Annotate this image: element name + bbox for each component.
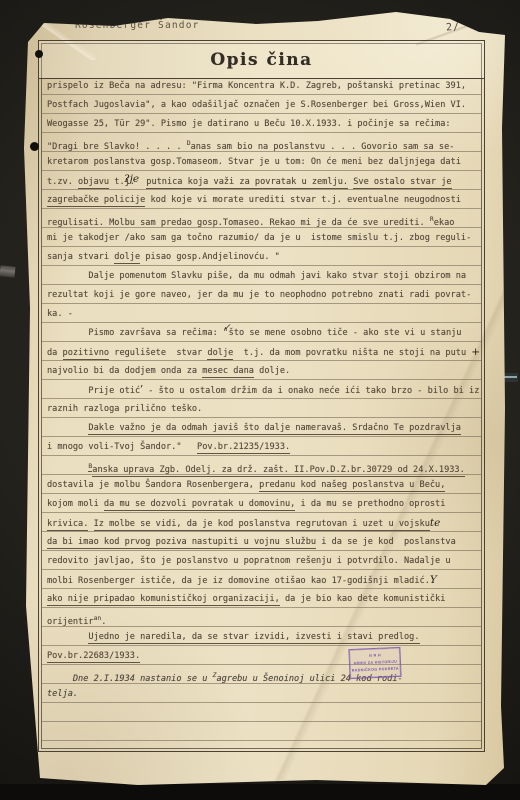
text-segment [88,519,93,529]
document-line: prispelo iz Beča na adresu: "Firma Konce… [47,77,483,96]
text-segment: telja. [47,689,78,699]
text-segment: da [47,348,63,358]
text-segment: sanja stvari [47,252,114,262]
handwritten-ink-mark: + [471,346,480,358]
document-line: Ujedno je naredila, da se stvar izvidi, … [47,628,483,647]
handwritten-ink-mark: te [430,517,440,529]
document-line: da bi imao kod prvog poziva nastupiti u … [47,533,483,552]
page-number: 2/ [446,22,461,34]
handwritten-ink-mark: ʔje [124,173,139,185]
document-line: Weogasse 25, Tür 29". Pismo je datirano … [47,115,483,134]
text-segment: Dne 2.I.1934 nastanio se u [47,674,213,684]
text-segment: molbi Rosenberger ističe, da je iz domov… [47,576,430,586]
document-line: krivica. Iz molbe se vidi, da je kod pos… [47,514,483,533]
text-segment: anas sam bio na poslanstvu . . . Govorio… [191,142,455,152]
text-segment: dolje [114,252,140,264]
document-line: Prije otićʹ - što u ostalom držim da i o… [47,381,483,400]
document-line: Pov.br.22683/1933. [47,647,483,666]
handwritten-ink-mark: ✓ [223,323,231,333]
background-shadow [0,784,520,800]
text-segment: t.j. da mom povratku ništa ne stoji na p… [233,348,471,358]
text-segment: objavu [78,177,109,189]
text-segment: što se mene osobno tiče - ako ste vi u s… [229,328,462,338]
document-line: sanja stvari dolje pisao gosp.Andjelinov… [47,248,483,267]
text-segment: ka. - [47,309,73,319]
stamp-line-1: N R H [369,654,381,658]
text-segment: ako nije pripadao komunističkoj organiza… [47,594,280,606]
text-segment: i da mu se prethodno oprosti [295,499,445,509]
text-segment: raznih razloga prilično teško. [47,404,202,414]
text-segment: anska uprava Zgb. Odelj. za drž. zašt. I… [92,465,465,477]
text-segment [47,632,88,642]
stamp-line-2: ARHIV ZA HISTORIJU [353,660,397,666]
text-segment: redovito javljao, što je poslanstvo u po… [47,556,451,566]
text-segment: kretarom poslanstva gosp.Tomaseom. Stvar… [47,157,461,167]
text-segment: "Dragi bre Slavko! . . . . [47,142,187,152]
document-paper: Rosenberger Šandor 2/ Opis čina prispelo… [18,8,508,792]
title-band: Opis čina [39,41,484,79]
text-segment: Weogasse 25, Tür 29". Pismo je datirano … [47,119,451,129]
document-line: telja. [47,685,483,704]
document-line: Banska uprava Zgb. Odelj. za drž. zašt. … [47,457,483,476]
text-segment: Iz molbe se vidi, da je kod poslanstva r… [94,519,430,531]
document-line: kretarom poslanstva gosp.Tomaseom. Stvar… [47,153,483,172]
text-segment: zagrebačke policije [47,195,145,207]
text-segment: pozitivno [63,348,110,360]
text-segment: i da se je kod poslanstva [316,537,456,547]
text-segment: rezultat koji je gore naveo, jer da mu j… [47,290,471,300]
document-line: Dalje pomenutom Slavku piše, da mu odmah… [47,267,483,286]
text-segment: dostavila je molbu Šandora Rosenbergera, [47,480,259,490]
header-name: Rosenberger Šandor [75,20,200,31]
text-segment: orijentir [47,617,94,627]
text-segment: da mu se dozvoli povratak u domovinu, [104,499,295,511]
text-segment: ekao [434,218,455,228]
document-line: ka. - [47,305,483,324]
document-line: rezultat koji je gore naveo, jer da mu j… [47,286,483,305]
text-segment: Ujedno je naredila, da se stvar izvidi, … [88,632,419,644]
text-segment: dolje. [254,366,290,376]
text-segment [47,465,88,475]
document-line: najvolio bi da dodjem onda za mesec dana… [47,362,483,381]
scanned-archive-photo: { "page": { "header_name": "Rosenberger … [0,0,520,800]
text-segment: Prije otić [47,386,140,396]
punch-hole-bottom [30,142,39,151]
text-segment: t.zv. [47,177,78,187]
document-line: Dne 2.I.1934 nastanio se u Zagrebu u Šen… [47,666,483,685]
text-segment: Pov.br.22683/1933. [47,651,140,663]
text-segment: da je bio kao dete komunistički [280,594,446,604]
document-line: kojom moli da mu se dozvoli povratak u d… [47,495,483,514]
document-line: Pismo završava sa rečima: "✓što se mene … [47,324,483,343]
text-segment: prispelo iz Beča na adresu: "Firma Konce… [47,81,466,91]
document-line: dostavila je molbu Šandora Rosenbergera,… [47,476,483,495]
document-line: ako nije pripadao komunističkoj organiza… [47,590,483,609]
document-body-text: prispelo iz Beča na adresu: "Firma Konce… [47,77,483,704]
document-line: Postfach Jugoslavia", a kao odašiljač oz… [47,96,483,115]
archive-stamp: N R H ARHIV ZA HISTORIJU RADNIČKOG POKRE… [348,647,401,679]
text-segment: Pismo završava sa rečima: " [47,328,228,338]
text-segment: kod koje vi morate urediti stvar t.j. ev… [145,195,461,205]
text-segment: krivica. [47,519,88,531]
document-line: regulisati. Molbu sam predao gosp.Tomase… [47,210,483,229]
text-segment: Dakle važno je da odmah javiš što dalje … [88,423,461,435]
text-segment: mi je takodjer /ako sam ga točno razumio… [47,233,471,243]
handwritten-ink-mark: Y [430,574,437,586]
text-segment: najvolio bi da dodjem onda za [47,366,202,376]
form-title: Opis čina [210,50,312,70]
document-line: redovito javljao, što je poslanstvo u po… [47,552,483,571]
text-segment: Pov.br.21235/1933. [197,442,290,454]
document-line: zagrebačke policije kod koje vi morate u… [47,191,483,210]
text-segment: dolje [207,348,233,360]
text-segment: pisao gosp.Andjelinovću. " [140,252,280,262]
text-segment: Sve ostalo stvar je [353,177,451,189]
text-segment: da bi imao kod prvog poziva nastupiti u … [47,537,316,549]
document-line: da pozitivno regulišete stvar dolje t.j.… [47,343,483,362]
text-segment: Dalje pomenutom Slavku piše, da mu odmah… [47,271,466,281]
text-segment: putnica koja važi za povratak u zemlju. [146,177,348,189]
text-segment: . [101,617,106,627]
text-segment [47,423,88,433]
text-segment: - što u ostalom držim da i onako neće ić… [143,386,479,396]
document-line: i mnogo voli-Tvoj Šandor." Pov.br.21235/… [47,438,483,457]
text-segment: predanu kod našeg poslanstva u Beču, [259,480,445,492]
document-line: mi je takodjer /ako sam ga točno razumio… [47,229,483,248]
document-line: raznih razloga prilično teško. [47,400,483,419]
document-line: orijentiran. [47,609,483,628]
document-line: Dakle važno je da odmah javiš što dalje … [47,419,483,438]
staple-left [0,265,16,278]
text-segment: mesec dana [202,366,254,378]
punch-hole-top [35,50,43,58]
document-line: molbi Rosenberger ističe, da je iz domov… [47,571,483,590]
stamp-line-3: RADNIČKOG POKRETA [352,667,399,673]
text-segment: i mnogo voli-Tvoj Šandor." [47,442,197,452]
document-line: t.zv. objavu t.j.ʔje putnica koja važi z… [47,172,483,191]
text-segment: regulisati. Molbu sam predao gosp.Tomase… [47,218,430,228]
text-segment: Postfach Jugoslavia", a kao odašiljač oz… [47,100,466,110]
document-line: "Dragi bre Slavko! . . . . Danas sam bio… [47,134,483,153]
text-segment: regulišete stvar [109,348,207,358]
text-segment: kojom moli [47,499,104,509]
